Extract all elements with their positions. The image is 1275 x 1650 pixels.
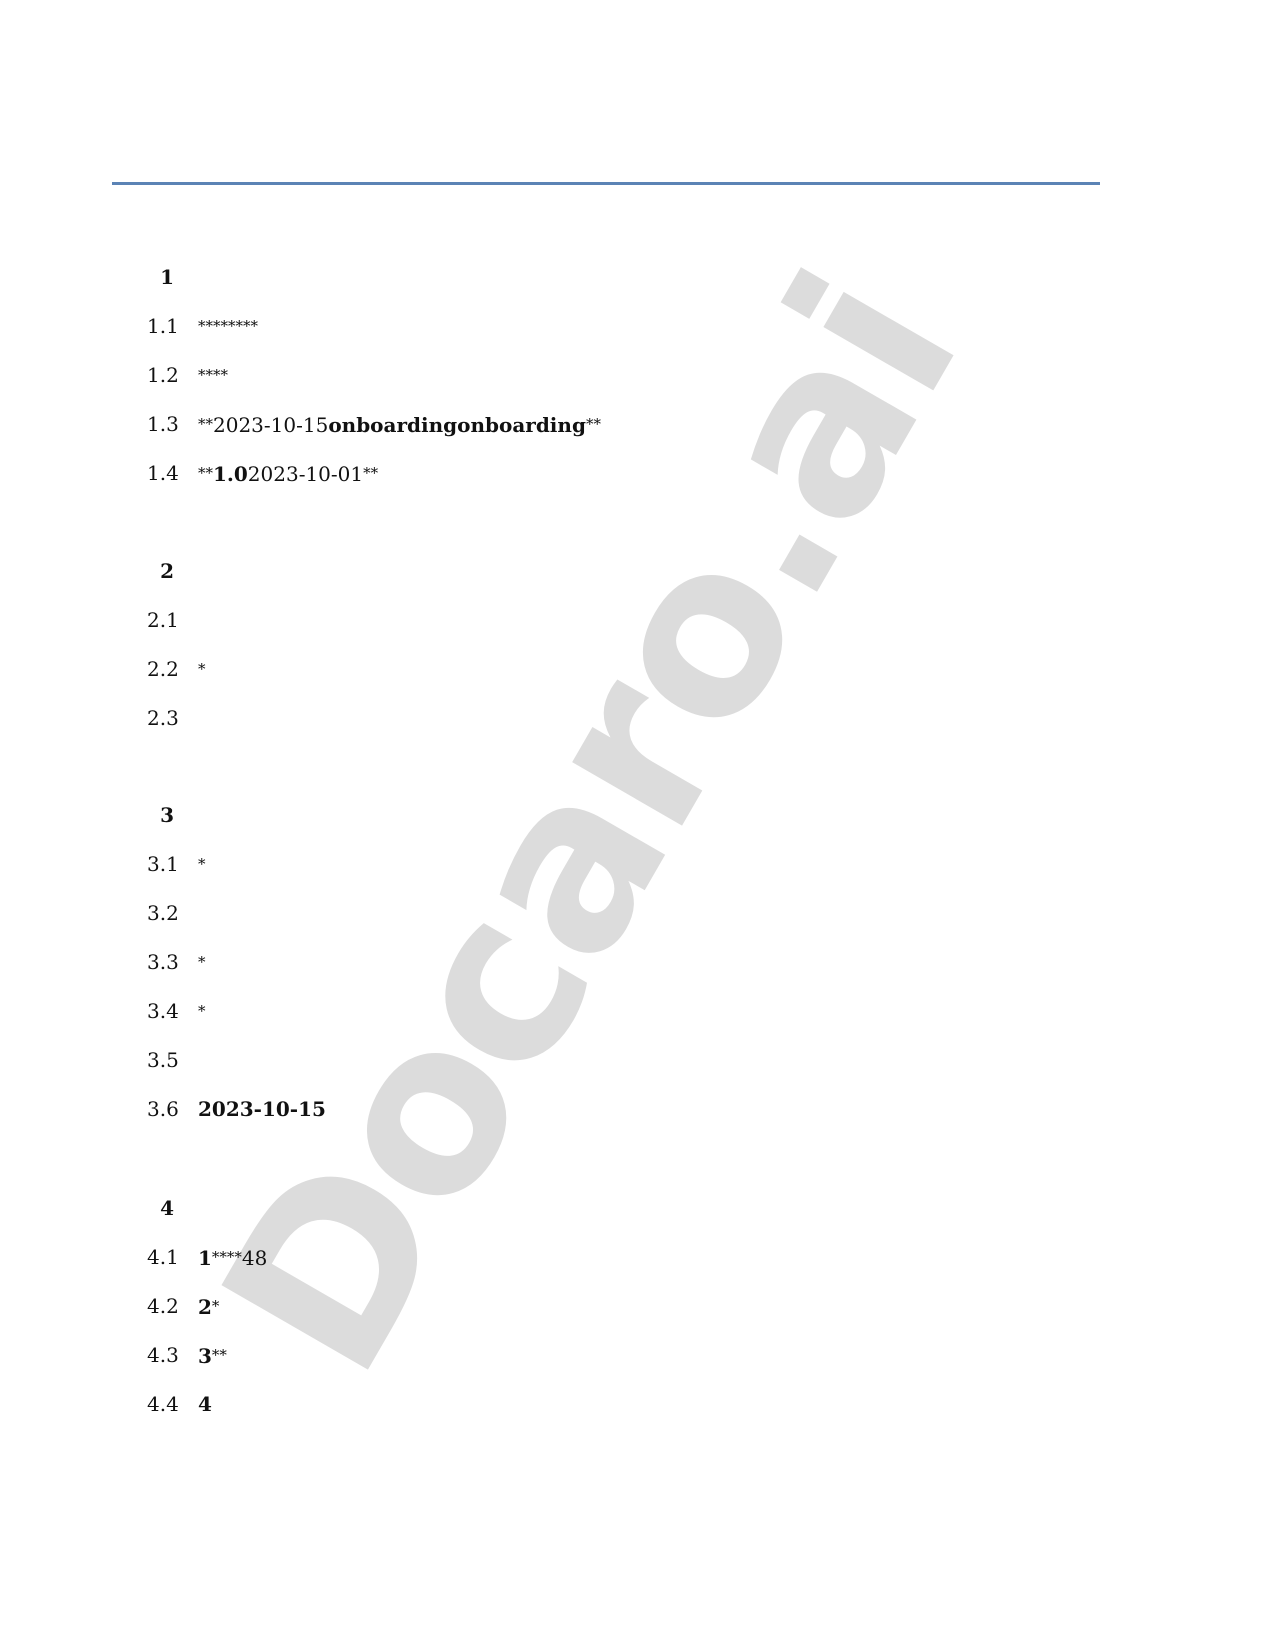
clause-number: 1.1 [147,311,187,341]
clause-number: 3.6 [147,1094,187,1124]
clause-text: * [198,654,206,685]
clause-text-part: 3 [198,1344,212,1368]
section-number: 3 [147,800,174,830]
clause-text-part: onboardingonboarding [328,413,586,437]
clause-number: 3.2 [147,898,187,928]
clause-text-part: 2023-10-15 [198,1097,326,1121]
clause-text-part: **** [198,366,228,384]
clause-number: 2.2 [147,654,187,684]
clause-text: * [198,849,206,880]
clause-number: 2.3 [147,703,187,733]
clause-text-part: 2023-10-15 [213,413,328,437]
clause-text-part: ** [586,415,601,433]
clause-text-part: ******** [198,317,258,335]
clause-number: 2.1 [147,605,187,635]
clause-text-part: ** [363,464,378,482]
clause-text-part: * [198,855,206,873]
clause-text-part: 1.0 [213,462,248,486]
section-number: 2 [147,556,174,586]
clause-number: 3.1 [147,849,187,879]
clause-number: 4.3 [147,1340,187,1370]
clause-text: ******** [198,311,258,342]
clause-number: 4.4 [147,1389,187,1419]
clause-text-part: **** [212,1248,242,1266]
clause-text-part: ** [198,464,213,482]
clause-number: 1.2 [147,360,187,390]
clause-number: 3.5 [147,1045,187,1075]
clause-text: 2* [198,1291,219,1322]
clause-text: 4 [198,1389,212,1419]
clause-number: 3.4 [147,996,187,1026]
clause-number: 1.4 [147,458,187,488]
clause-text: **2023-10-15onboardingonboarding** [198,409,601,440]
clause-number: 3.3 [147,947,187,977]
header-rule [112,182,1100,185]
clause-text-part: ** [198,415,213,433]
clause-text-part: ** [212,1346,227,1364]
clause-text: 3** [198,1340,227,1371]
clause-number: 4.2 [147,1291,187,1321]
clause-number: 1.3 [147,409,187,439]
clause-number: 4.1 [147,1242,187,1272]
section-number: 4 [147,1193,174,1223]
clause-text-part: 2 [198,1295,212,1319]
clause-text: **** [198,360,228,391]
clause-text: 2023-10-15 [198,1094,326,1124]
clause-text-part: 2023-10-01 [248,462,363,486]
clause-text: * [198,947,206,978]
clause-text-part: 4 [198,1392,212,1416]
clause-text-part: * [198,660,206,678]
clause-text-part: * [198,953,206,971]
clause-text-part: * [198,1002,206,1020]
clause-text: **1.02023-10-01** [198,458,378,489]
clause-text: * [198,996,206,1027]
clause-text-part: * [212,1297,220,1315]
clause-text-part: 48 [242,1246,267,1270]
section-number: 1 [147,262,174,292]
clause-text: 1****48 [198,1242,267,1273]
clause-text-part: 1 [198,1246,212,1270]
